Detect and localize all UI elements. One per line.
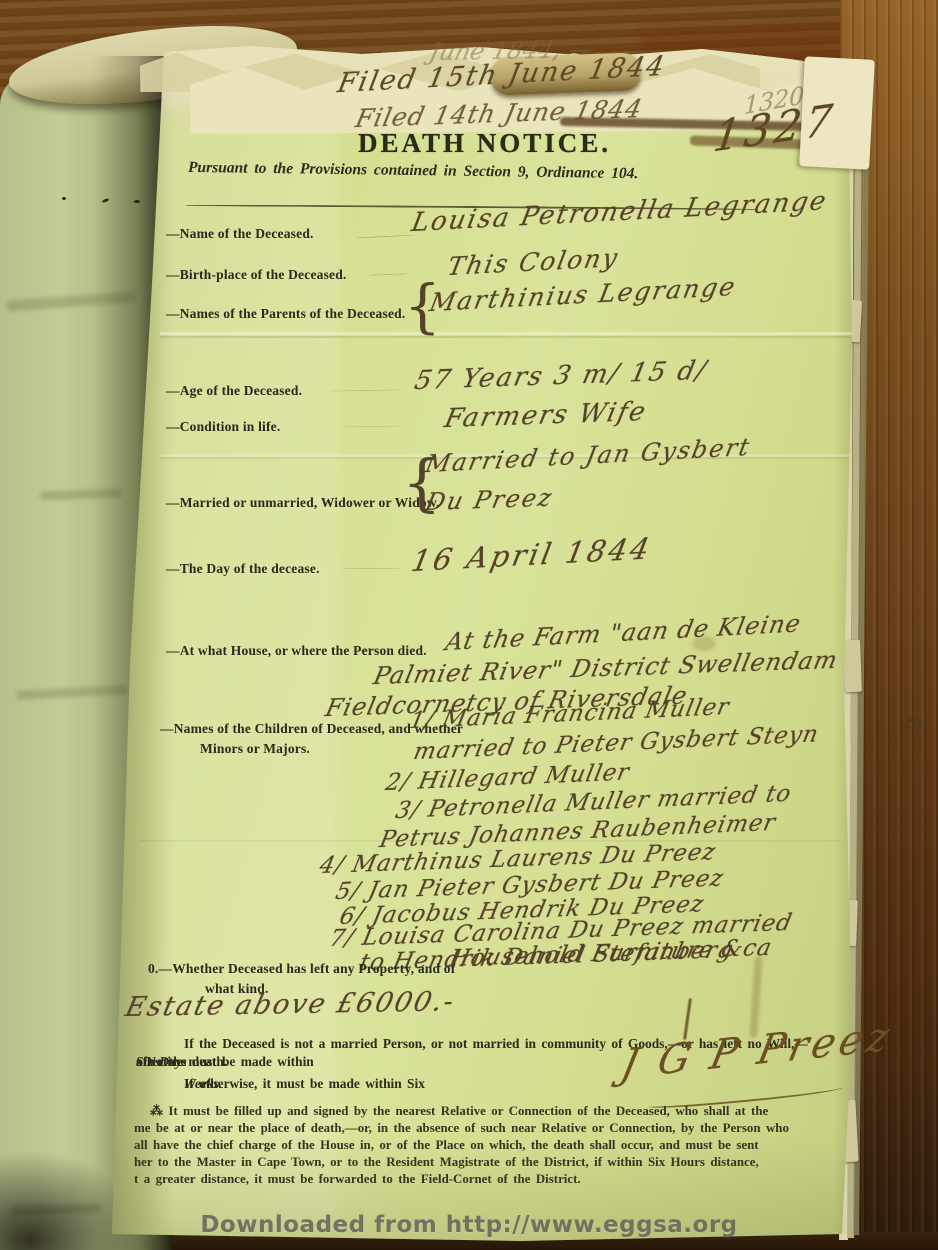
footnote-line3: all have the chief charge of the House i… xyxy=(134,1138,759,1153)
footnote-line1: ⁂ It must be filled up and signed by the… xyxy=(150,1104,768,1119)
value-married-line2: Du Preez xyxy=(423,483,556,516)
field-label-children-line2: Minors or Majors. xyxy=(200,741,310,757)
photographed-death-notice-page: June 1844, — Filed 15th June 1844 Filed … xyxy=(0,0,938,1250)
legal-text-emphasis: Weeks. xyxy=(184,1076,222,1092)
ink-dash xyxy=(340,426,400,427)
field-label-condition: —Condition in life. xyxy=(166,419,280,435)
field-label-name: —Name of the Deceased. xyxy=(166,226,314,242)
torn-page-nub xyxy=(843,640,862,693)
field-label-age: —Age of the Deceased. xyxy=(166,383,302,399)
field-label-parents: —Names of the Parents of the Deceased. xyxy=(166,306,405,322)
ink-speck xyxy=(62,197,66,200)
field-label-property-line1: 0.—Whether Deceased has left any Propert… xyxy=(148,961,455,977)
footnote-line4: her to the Master in Cape Town, or to th… xyxy=(134,1155,759,1170)
edge-text-fragment: th xyxy=(905,713,924,733)
footnote-line2: me be at or near the place of death,—or,… xyxy=(134,1121,789,1136)
document-title: DEATH NOTICE. xyxy=(358,128,611,159)
footnote-line5: t a greater distance, it must be forward… xyxy=(134,1172,581,1187)
page-stain xyxy=(749,956,763,1038)
ink-dash xyxy=(342,568,402,569)
field-label-day-of-decease: —The Day of the decease. xyxy=(166,561,320,577)
field-label-birthplace: —Birth-place of the Deceased. xyxy=(166,267,347,283)
value-estate-note: Estate above £6000.- xyxy=(122,986,458,1023)
field-label-married: —Married or unmarried, Widower or Widow. xyxy=(166,495,440,511)
legal-text: after the death. xyxy=(136,1054,227,1070)
watermark-text: Downloaded from http://www.eggsa.org xyxy=(0,1212,938,1238)
field-label-where-died: —At what House, or where the Person died… xyxy=(166,643,427,659)
